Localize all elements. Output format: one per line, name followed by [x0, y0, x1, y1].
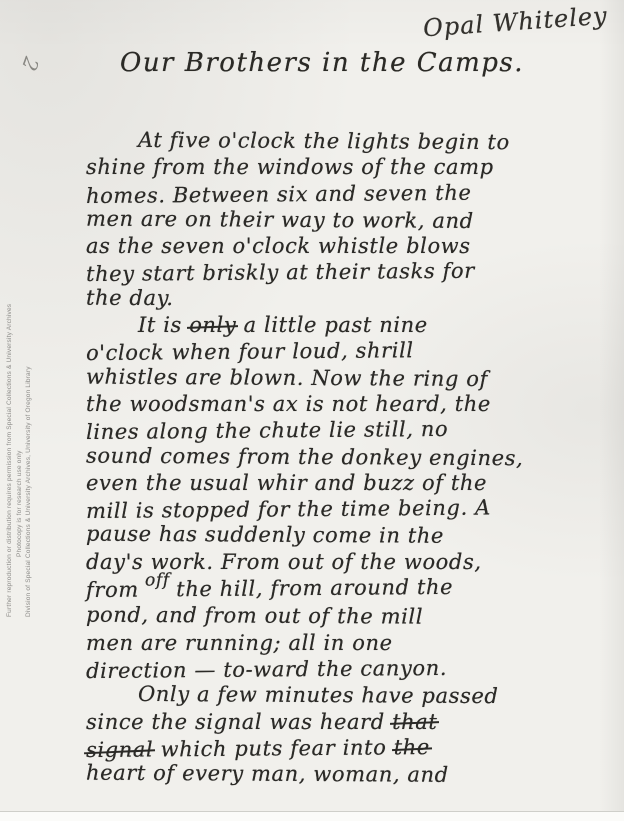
manuscript-line: pause has suddenly come in the — [86, 521, 556, 550]
manuscript-line: as the seven o'clock whistle blows — [86, 233, 556, 259]
handwriting-text: the woodsman's ax is not heard, the — [86, 392, 491, 416]
stamp-line-division: Division of Special Collections & Univer… — [24, 243, 34, 617]
handwriting-text: pause has suddenly come in the — [86, 522, 444, 548]
handwriting-text: direction — to-ward the canyon. — [86, 656, 447, 683]
struck-out-word: that — [392, 710, 437, 734]
manuscript-line: the day. — [86, 284, 556, 313]
manuscript-line: direction — to-ward the canyon. — [86, 654, 556, 684]
manuscript-line: men are running; all in one — [86, 630, 556, 656]
scan-bottom-edge — [0, 811, 624, 821]
handwriting-text: they start briskly at their tasks for — [86, 259, 475, 286]
handwriting-text: the hill, from around the — [169, 575, 453, 601]
manuscript-line: they start briskly at their tasks for — [86, 257, 556, 287]
handwritten-body: At five o'clock the lights begin toshine… — [86, 128, 556, 787]
handwriting-text: sound comes from the donkey engines, — [86, 443, 523, 470]
handwriting-text: a little past nine — [236, 313, 427, 337]
manuscript-line: men are on their way to work, and — [86, 205, 556, 234]
manuscript-line: from off the hill, from around the — [86, 573, 556, 605]
handwriting-text: It is — [138, 313, 189, 337]
handwriting-text: men are running; all in one — [86, 631, 393, 655]
handwriting-text: lines along the chute lie still, no — [86, 417, 448, 444]
manuscript-line: homes. Between six and seven the — [86, 179, 556, 209]
manuscript-line: At five o'clock the lights begin to — [86, 127, 556, 156]
handwriting-text: Only a few minutes have passed — [138, 682, 499, 708]
library-copyright-stamp: Further reproduction or distribution req… — [5, 243, 34, 617]
manuscript-line: shine from the windows of the camp — [86, 154, 556, 180]
manuscript-line: heart of every man, woman, and — [86, 760, 556, 789]
handwriting-text: which puts fear into — [153, 735, 394, 761]
manuscript-line: the woodsman's ax is not heard, the — [86, 391, 556, 417]
manuscript-line: mill is stopped for the time being. A — [86, 494, 556, 524]
manuscript-line: o'clock when four loud, shrill — [86, 336, 556, 366]
scanned-manuscript-page: { "header": { "signature": "Opal Whitele… — [0, 0, 624, 821]
stamp-line-permission: Further reproduction or distribution req… — [5, 243, 15, 617]
handwriting-text: mill is stopped for the time being. A — [86, 496, 491, 524]
handwriting-text: o'clock when four loud, shrill — [86, 339, 414, 366]
handwriting-text: even the usual whir and buzz of the — [86, 471, 487, 495]
inserted-word: off — [145, 570, 170, 590]
handwriting-text: from — [86, 578, 146, 603]
handwriting-text: homes. Between six and seven the — [86, 180, 472, 207]
handwriting-text: pond, and from out of the mill — [86, 603, 423, 629]
struck-out-word: the — [394, 735, 430, 759]
handwriting-text: whistles are blown. Now the ring of — [86, 364, 488, 390]
handwriting-text: shine from the windows of the camp — [86, 155, 494, 179]
manuscript-line: even the usual whir and buzz of the — [86, 470, 556, 496]
manuscript-line: whistles are blown. Now the ring of — [86, 363, 556, 392]
handwriting-text: since the signal was heard — [86, 710, 392, 734]
handwriting-text: men are on their way to work, and — [86, 206, 474, 232]
struck-out-word: signal — [86, 737, 154, 762]
manuscript-line: It is only a little past nine — [86, 312, 556, 338]
manuscript-line: lines along the chute lie still, no — [86, 415, 556, 445]
page-title: Our Brothers in the Camps. — [120, 48, 524, 78]
manuscript-line: pond, and from out of the mill — [86, 602, 556, 631]
manuscript-line: since the signal was heard that — [86, 709, 556, 735]
handwriting-text: At five o'clock the lights begin to — [138, 128, 510, 154]
handwriting-text: heart of every man, woman, and — [86, 761, 449, 787]
handwriting-text: the day. — [86, 285, 174, 310]
manuscript-line: signal which puts fear into the — [86, 733, 556, 763]
manuscript-line: sound comes from the donkey engines, — [86, 442, 556, 471]
struck-out-word: only — [189, 313, 236, 337]
handwriting-text: as the seven o'clock whistle blows — [86, 234, 471, 258]
manuscript-line: Only a few minutes have passed — [86, 681, 556, 710]
stamp-line-research-use: Photocopy is for research use only — [15, 243, 25, 617]
